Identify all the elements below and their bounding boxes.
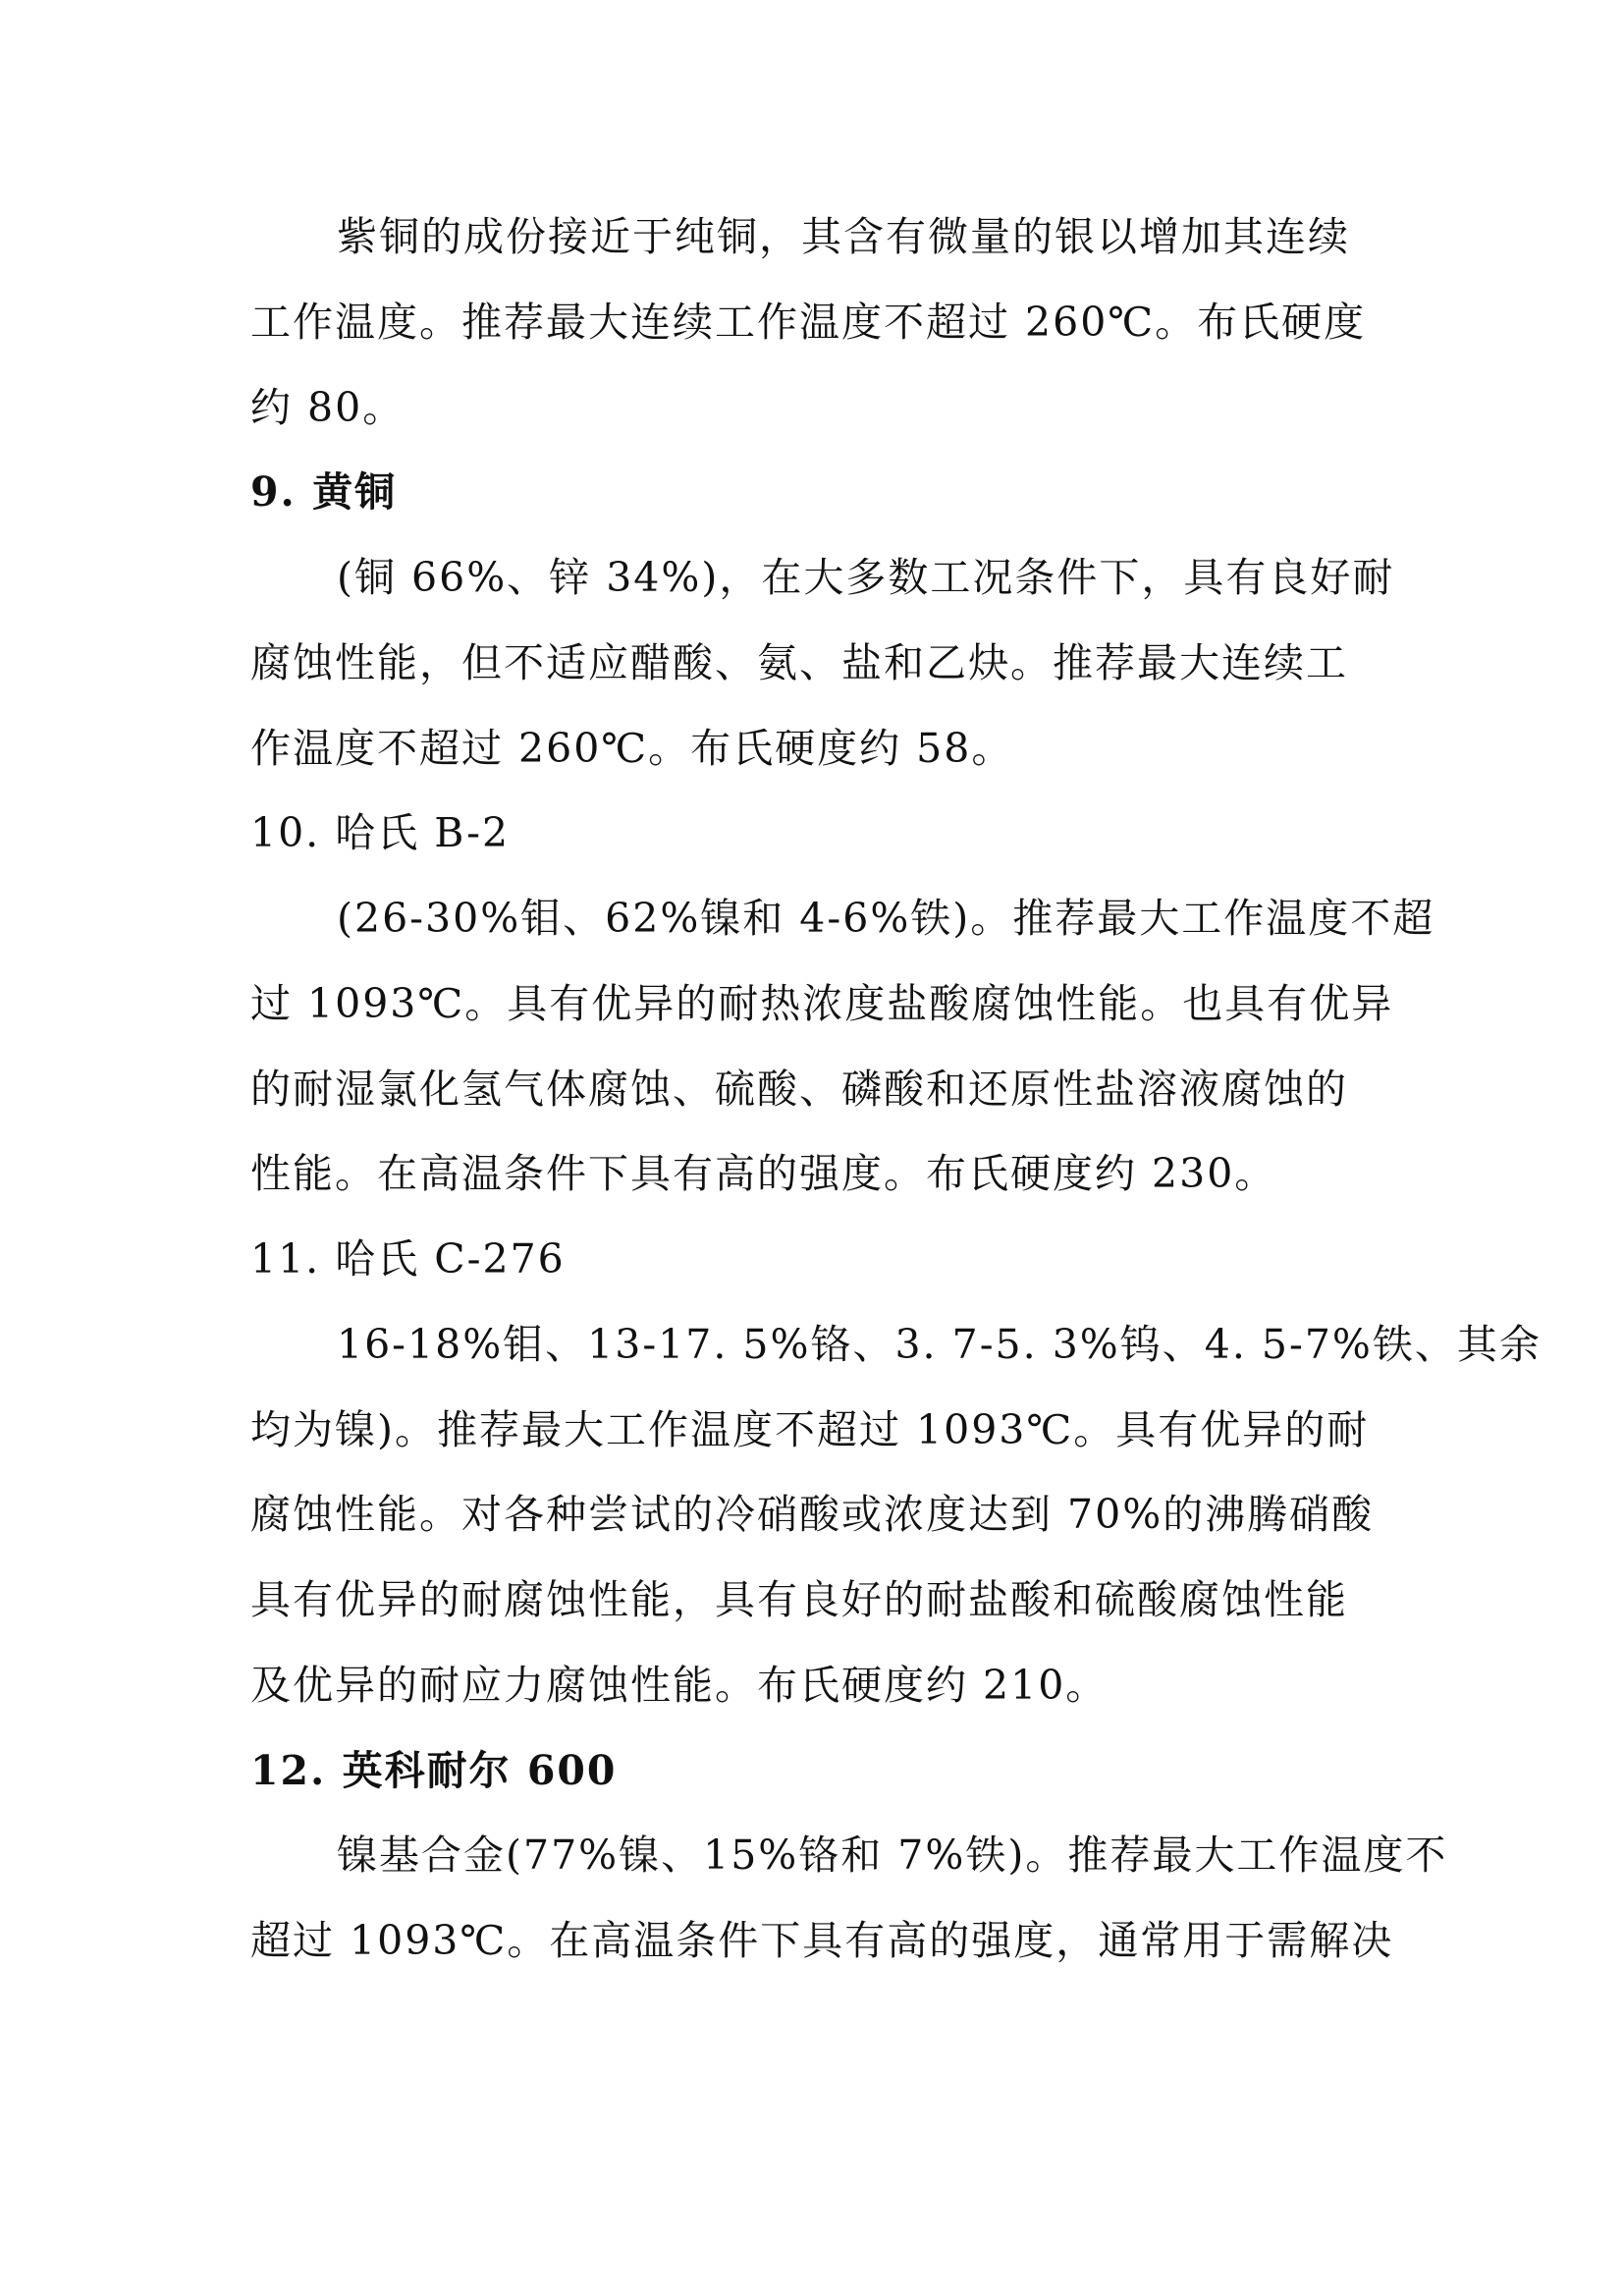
paragraph-line: 超过 1093℃。在高温条件下具有高的强度，通常用于需解决 (250, 1898, 1389, 1984)
paragraph-line: 约 80。 (250, 365, 1389, 451)
section-heading-brass: 9. 黄铜 (250, 450, 1389, 535)
paragraph-line: 均为镍)。推荐最大工作温度不超过 1093℃。具有优异的耐 (250, 1388, 1389, 1473)
document-page: 紫铜的成份接近于纯铜，其含有微量的银以增加其连续 工作温度。推荐最大连续工作温度… (0, 0, 1623, 2296)
paragraph-line: 的耐湿氯化氢气体腐蚀、硫酸、磷酸和还原性盐溶液腐蚀的 (250, 1047, 1389, 1132)
section-heading-hastelloy-b2: 10. 哈氏 B-2 (250, 791, 1389, 876)
section-heading-hastelloy-c276: 11. 哈氏 C-276 (250, 1217, 1389, 1302)
paragraph-line: 腐蚀性能，但不适应醋酸、氨、盐和乙炔。推荐最大连续工 (250, 621, 1389, 706)
paragraph-line: 具有优异的耐腐蚀性能，具有良好的耐盐酸和硫酸腐蚀性能 (250, 1558, 1389, 1643)
paragraph-line: 及优异的耐应力腐蚀性能。布氏硬度约 210。 (250, 1643, 1389, 1728)
paragraph-line: 紫铜的成份接近于纯铜，其含有微量的银以增加其连续 (337, 194, 1389, 280)
paragraph-line: 腐蚀性能。对各种尝试的冷硝酸或浓度达到 70%的沸腾硝酸 (250, 1472, 1389, 1558)
section-heading-inconel-600: 12. 英科耐尔 600 (250, 1728, 1389, 1814)
paragraph-line: (铜 66%、锌 34%)，在大多数工况条件下，具有良好耐 (337, 535, 1389, 621)
paragraph-line: 过 1093℃。具有优异的耐热浓度盐酸腐蚀性能。也具有优异 (250, 961, 1389, 1047)
paragraph-line: 作温度不超过 260℃。布氏硬度约 58。 (250, 706, 1389, 792)
paragraph-line: (26-30%钼、62%镍和 4-6%铁)。推荐最大工作温度不超 (337, 876, 1389, 961)
paragraph-line: 性能。在高温条件下具有高的强度。布氏硬度约 230。 (250, 1131, 1389, 1217)
paragraph-line: 工作温度。推荐最大连续工作温度不超过 260℃。布氏硬度 (250, 280, 1389, 365)
paragraph-line: 16-18%钼、13-17. 5%铬、3. 7-5. 3%钨、4. 5-7%铁、… (337, 1302, 1389, 1388)
paragraph-line: 镍基合金(77%镍、15%铬和 7%铁)。推荐最大工作温度不 (337, 1813, 1389, 1898)
